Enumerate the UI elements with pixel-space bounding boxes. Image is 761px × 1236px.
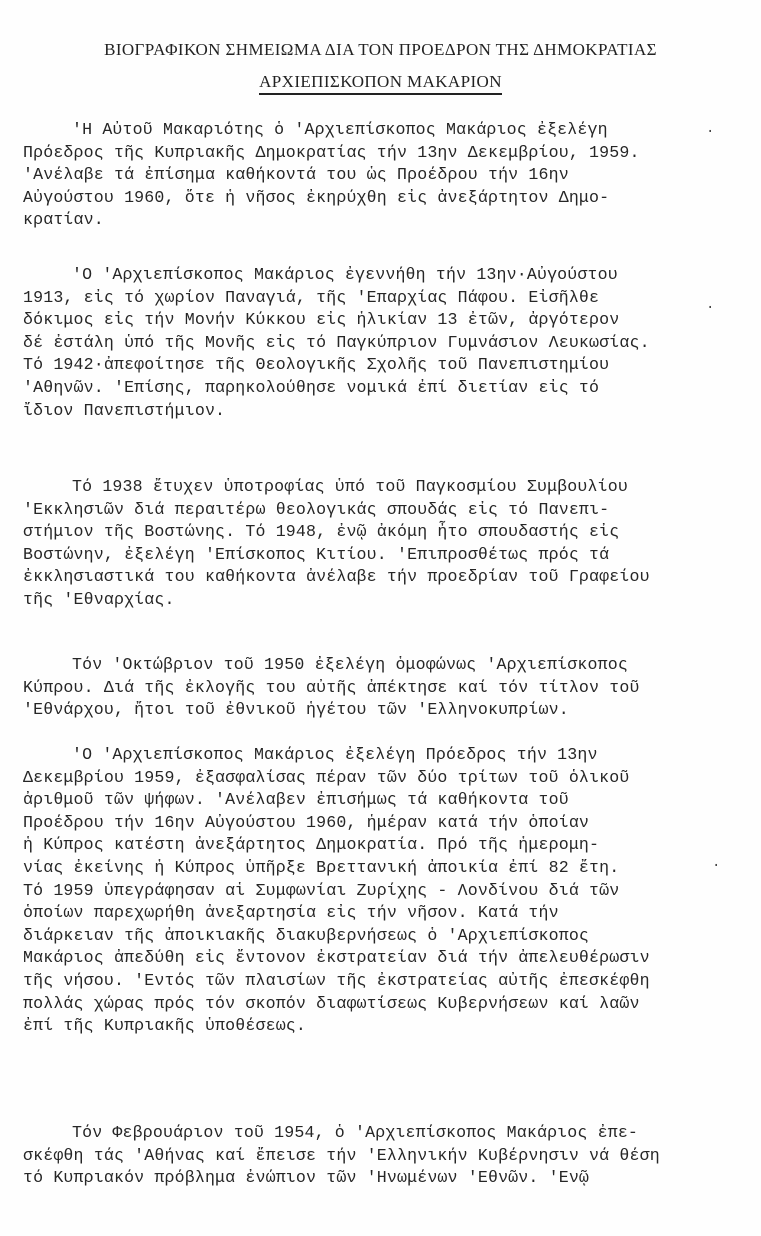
text-line: δόκιμος εἰς τήν Μονήν Κύκκου εἰς ἡλικίαν…: [23, 310, 619, 330]
scan-mark: ·: [706, 300, 714, 316]
text-line: Τό 1938 ἔτυχεν ὑποτροφίας ὑπό τοῦ Παγκοσ…: [72, 477, 628, 497]
text-line: τῆς 'Εθναρχίας.: [23, 590, 175, 610]
text-line: διάρκειαν τῆς ἀποικιακῆς διακυβερνήσεως …: [23, 926, 589, 946]
text-line: Αὐγούστου 1960, ὅτε ἡ νῆσος ἐκηρύχθη εἰς…: [23, 188, 609, 208]
text-line: 'Ο 'Αρχιεπίσκοπος Μακάριος ἐγεννήθη τήν …: [72, 265, 618, 285]
text-line: πολλάς χώρας πρός τόν σκοπόν διαφωτίσεως…: [23, 994, 640, 1014]
document-subtitle: ΑΡΧΙΕΠΙΣΚΟΠΟΝ ΜΑΚΑΡΙΟΝ: [0, 72, 761, 95]
text-line: 'Ο 'Αρχιεπίσκοπος Μακάριος ἐξελέγη Πρόεδ…: [72, 745, 598, 765]
text-line: κρατίαν.: [23, 210, 104, 230]
text-line: Κύπρου. Διά τῆς ἐκλογῆς του αὐτῆς ἀπέκτη…: [23, 678, 640, 698]
text-line: τό Κυπριακόν πρόβλημα ἐνώπιον τῶν 'Ηνωμέ…: [23, 1168, 589, 1188]
text-line: 'Αθηνῶν. 'Επίσης, παρηκολούθησε νομικά ἐ…: [23, 378, 599, 398]
subtitle-underlined-text: ΑΡΧΙΕΠΙΣΚΟΠΟΝ ΜΑΚΑΡΙΟΝ: [259, 72, 502, 95]
text-line: 1913, εἰς τό χωρίον Παναγιά, τῆς 'Επαρχί…: [23, 288, 599, 308]
text-line: ἀριθμοῦ τῶν ψήφων. 'Ανέλαβεν ἐπισήμως τά…: [23, 790, 569, 810]
scan-mark: ·: [706, 124, 714, 140]
text-line: Προέδρου τήν 16ην Αὐγούστου 1960, ἡμέραν…: [23, 813, 589, 833]
text-line: Βοστώνην, ἐξελέγη 'Επίσκοπος Κιτίου. 'Επ…: [23, 545, 609, 565]
text-line: ἐπί τῆς Κυπριακῆς ὑποθέσεως.: [23, 1016, 306, 1036]
text-line: ἡ Κύπρος κατέστη ἀνεξάρτητος Δημοκρατία.…: [23, 835, 599, 855]
text-line: 'Εκκλησιῶν διά περαιτέρω θεολογικάς σπου…: [23, 500, 609, 520]
document-page: ΒΙΟΓΡΑΦΙΚΟΝ ΣΗΜΕΙΩΜΑ ΔΙΑ ΤΟΝ ΠΡΟΕΔΡΟΝ ΤΗ…: [0, 0, 761, 1236]
text-line: ἴδιον Πανεπιστήμιον.: [23, 401, 225, 421]
text-line: 'Ανέλαβε τά ἐπίσημα καθήκοντά του ὡς Προ…: [23, 165, 569, 185]
text-line: σκέφθη τάς 'Αθήνας καί ἔπεισε τήν 'Ελλην…: [23, 1146, 660, 1166]
text-line: Τό 1942·ἀπεφοίτησε τῆς Θεολογικῆς Σχολῆς…: [23, 355, 609, 375]
text-line: 'Η Αὐτοῦ Μακαριότης ὁ 'Αρχιεπίσκοπος Μακ…: [72, 120, 608, 140]
text-line: Δεκεμβρίου 1959, ἐξασφαλίσας πέραν τῶν δ…: [23, 768, 629, 788]
text-line: ἐκκλησιαστικά του καθήκοντα ἀνέλαβε τήν …: [23, 567, 650, 587]
text-line: Τόν Φεβρουάριον τοῦ 1954, ὁ 'Αρχιεπίσκοπ…: [72, 1123, 638, 1143]
text-line: 'Εθνάρχου, ἤτοι τοῦ ἐθνικοῦ ἡγέτου τῶν '…: [23, 700, 569, 720]
text-line: Πρόεδρος τῆς Κυπριακῆς Δημοκρατίας τήν 1…: [23, 143, 640, 163]
scan-mark: ·: [712, 858, 720, 874]
text-line: Τόν 'Οκτώβριον τοῦ 1950 ἐξελέγη ὁμοφώνως…: [72, 655, 628, 675]
text-line: ὁποίων παρεχωρήθη ἀνεξαρτησία εἰς τήν νῆ…: [23, 903, 559, 923]
text-line: δέ ἐστάλη ὑπό τῆς Μονῆς εἰς τό Παγκύπριο…: [23, 333, 650, 353]
text-line: Τό 1959 ὑπεγράφησαν αἱ Συμφωνίαι Ζυρίχης…: [23, 881, 619, 901]
text-line: τῆς νήσου. 'Εντός τῶν πλαισίων τῆς ἐκστρ…: [23, 971, 650, 991]
text-line: νίας ἐκείνης ἡ Κύπρος ὑπῆρξε Βρεττανική …: [23, 858, 619, 878]
text-line: Μακάριος ἀπεδύθη εἰς ἔντονον ἐκστρατείαν…: [23, 948, 650, 968]
document-title: ΒΙΟΓΡΑΦΙΚΟΝ ΣΗΜΕΙΩΜΑ ΔΙΑ ΤΟΝ ΠΡΟΕΔΡΟΝ ΤΗ…: [0, 40, 761, 60]
text-line: στήμιον τῆς Βοστώνης. Τό 1948, ἐνῷ ἀκόμη…: [23, 522, 619, 542]
